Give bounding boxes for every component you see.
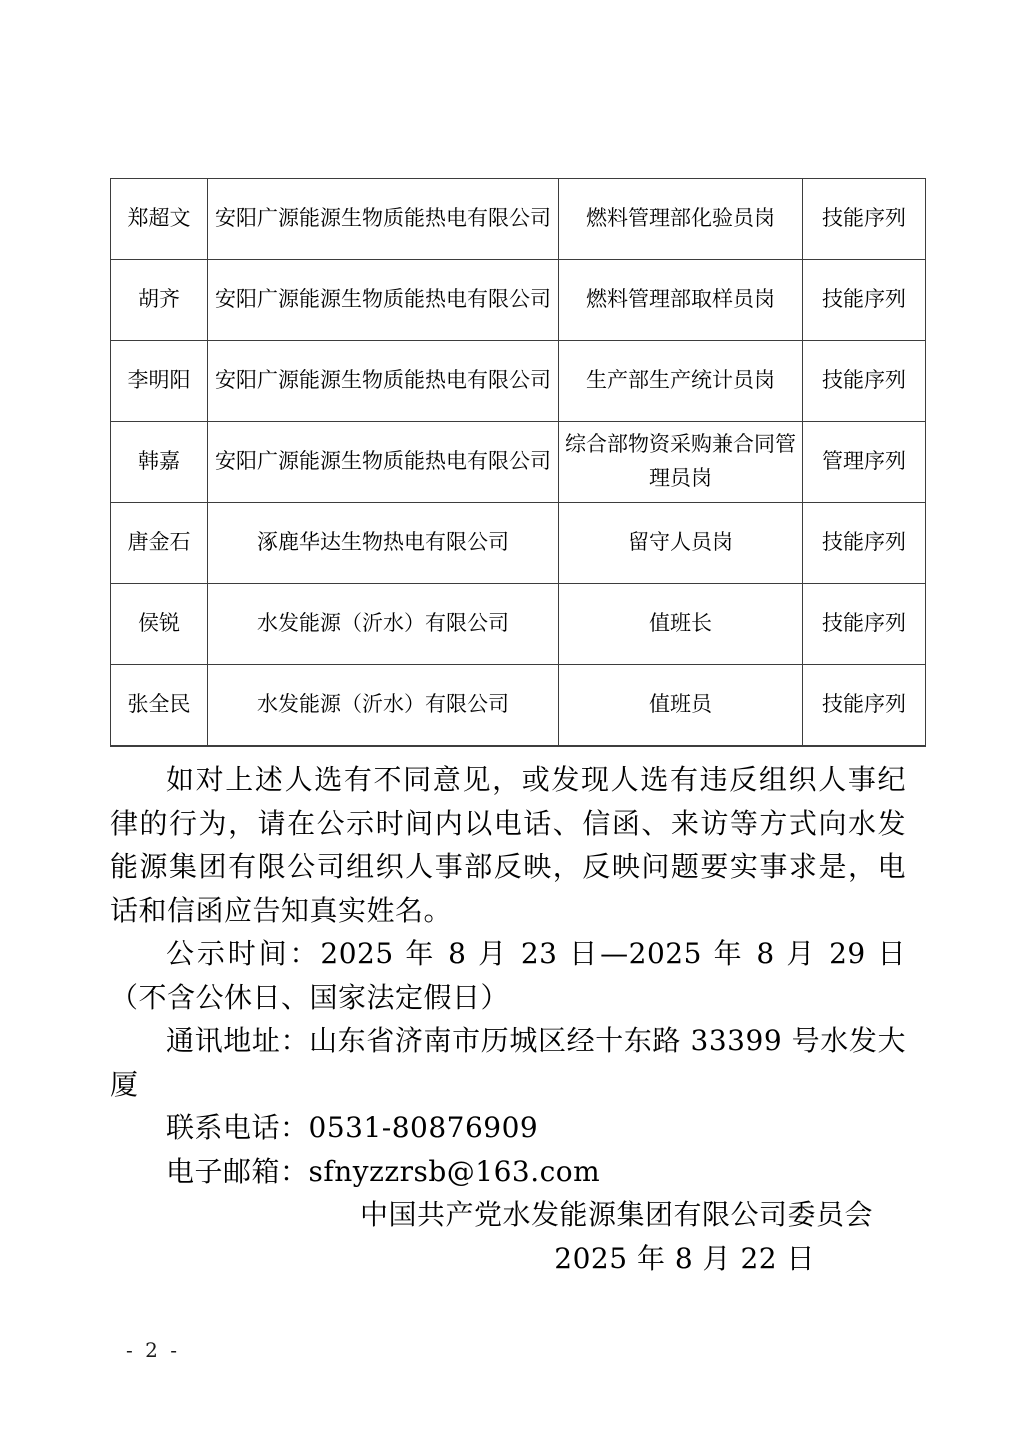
cell-position: 留守人员岗 [559, 503, 803, 584]
cell-name: 张全民 [111, 665, 208, 746]
contact-address: 通讯地址：山东省济南市历城区经十东路 33399 号水发大厦 [110, 1019, 906, 1106]
cell-sequence: 技能序列 [803, 341, 926, 422]
signature-committee: 中国共产党水发能源集团有限公司委员会 [110, 1193, 906, 1237]
notice-body: 如对上述人选有不同意见，或发现人选有违反组织人事纪律的行为，请在公示时间内以电话… [110, 758, 906, 1280]
cell-position: 燃料管理部取样员岗 [559, 260, 803, 341]
table-row: 郑超文 安阳广源能源生物质能热电有限公司 燃料管理部化验员岗 技能序列 [111, 179, 926, 260]
page-number: - 2 - [126, 1338, 180, 1362]
signature-date: 2025 年 8 月 22 日 [110, 1237, 906, 1281]
table-row: 韩嘉 安阳广源能源生物质能热电有限公司 综合部物资采购兼合同管理员岗 管理序列 [111, 422, 926, 503]
paragraph-objection: 如对上述人选有不同意见，或发现人选有违反组织人事纪律的行为，请在公示时间内以电话… [110, 758, 906, 932]
cell-company: 安阳广源能源生物质能热电有限公司 [208, 341, 559, 422]
cell-name: 胡齐 [111, 260, 208, 341]
cell-position: 值班员 [559, 665, 803, 746]
table-row: 胡齐 安阳广源能源生物质能热电有限公司 燃料管理部取样员岗 技能序列 [111, 260, 926, 341]
cell-sequence: 技能序列 [803, 503, 926, 584]
cell-sequence: 技能序列 [803, 260, 926, 341]
cell-position: 燃料管理部化验员岗 [559, 179, 803, 260]
cell-position: 值班长 [559, 584, 803, 665]
cell-position: 综合部物资采购兼合同管理员岗 [559, 422, 803, 503]
cell-name: 李明阳 [111, 341, 208, 422]
contact-email: 电子邮箱：sfnyzzrsb@163.com [110, 1150, 906, 1194]
contact-phone: 联系电话：0531-80876909 [110, 1106, 906, 1150]
paragraph-publicity-period: 公示时间：2025 年 8 月 23 日—2025 年 8 月 29 日（不含公… [110, 932, 906, 1019]
cell-sequence: 技能序列 [803, 179, 926, 260]
table-row: 唐金石 涿鹿华达生物热电有限公司 留守人员岗 技能序列 [111, 503, 926, 584]
cell-company: 水发能源（沂水）有限公司 [208, 665, 559, 746]
cell-position: 生产部生产统计员岗 [559, 341, 803, 422]
cell-company: 安阳广源能源生物质能热电有限公司 [208, 260, 559, 341]
cell-name: 郑超文 [111, 179, 208, 260]
cell-name: 韩嘉 [111, 422, 208, 503]
cell-company: 安阳广源能源生物质能热电有限公司 [208, 422, 559, 503]
cell-name: 侯锐 [111, 584, 208, 665]
cell-name: 唐金石 [111, 503, 208, 584]
cell-sequence: 技能序列 [803, 584, 926, 665]
cell-sequence: 管理序列 [803, 422, 926, 503]
cell-sequence: 技能序列 [803, 665, 926, 746]
cell-company: 安阳广源能源生物质能热电有限公司 [208, 179, 559, 260]
cell-company: 涿鹿华达生物热电有限公司 [208, 503, 559, 584]
cell-company: 水发能源（沂水）有限公司 [208, 584, 559, 665]
table-row: 李明阳 安阳广源能源生物质能热电有限公司 生产部生产统计员岗 技能序列 [111, 341, 926, 422]
personnel-table: 郑超文 安阳广源能源生物质能热电有限公司 燃料管理部化验员岗 技能序列 胡齐 安… [110, 178, 926, 747]
table-row: 侯锐 水发能源（沂水）有限公司 值班长 技能序列 [111, 584, 926, 665]
table-row: 张全民 水发能源（沂水）有限公司 值班员 技能序列 [111, 665, 926, 746]
document-page: 郑超文 安阳广源能源生物质能热电有限公司 燃料管理部化验员岗 技能序列 胡齐 安… [0, 0, 1024, 1448]
